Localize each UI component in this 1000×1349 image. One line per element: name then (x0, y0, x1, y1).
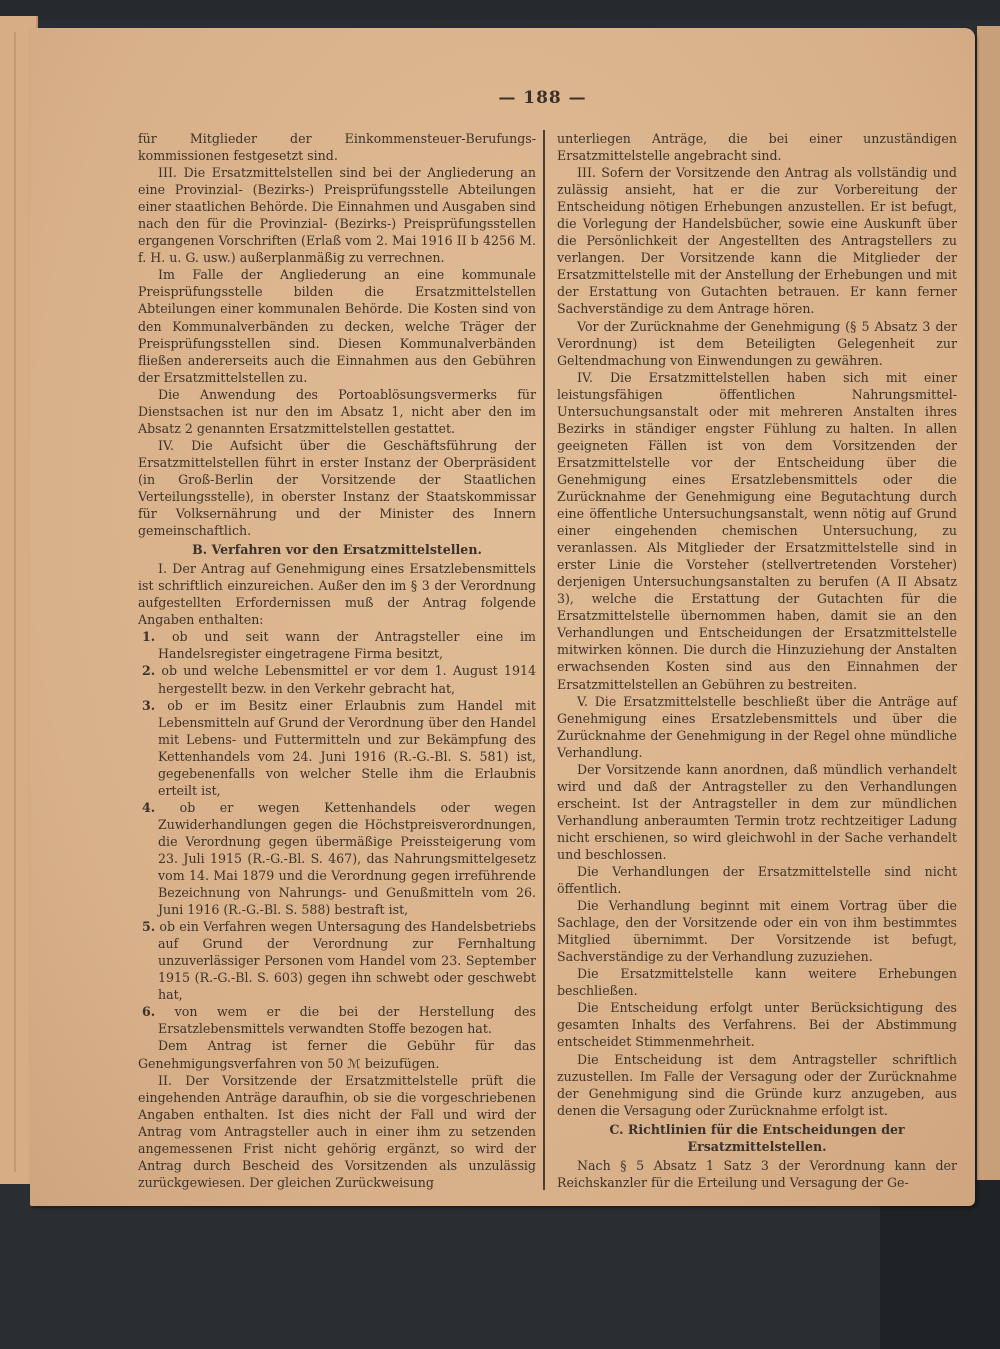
paragraph: Vor der Zurücknahme der Genehmigung (§ 5… (557, 318, 957, 369)
paragraph: IV. Die Ersatzmittelstellen haben sich m… (557, 369, 957, 693)
paragraph: Nach § 5 Absatz 1 Satz 3 der Verordnung … (557, 1157, 957, 1191)
list-number: 1. (142, 629, 155, 644)
heading-line-1: C. Richtlinien für die Entscheidungen de… (609, 1122, 904, 1137)
paragraph: V. Die Ersatzmittelstelle beschließt übe… (557, 693, 957, 761)
paragraph: Dem Antrag ist ferner die Gebühr für das… (138, 1037, 536, 1071)
list-number: 2. (142, 663, 155, 678)
list-text: ob ein Verfahren wegen Untersagung des H… (158, 919, 536, 1002)
list-number: 4. (142, 800, 155, 815)
list-item: 4. ob er wegen Kettenhandels oder wegen … (138, 799, 536, 918)
paragraph: III. Die Ersatzmittelstellen sind bei de… (138, 164, 536, 266)
paragraph: Die Entscheidung ist dem Antragsteller s… (557, 1051, 957, 1119)
paragraph: I. Der Antrag auf Genehmigung eines Ersa… (138, 560, 536, 628)
page-edge-line (14, 32, 16, 1172)
heading-line-2: Ersatzmittelstellen. (687, 1139, 826, 1154)
list-text: von wem er die bei der Herstellung des E… (158, 1004, 536, 1036)
paragraph: Die Anwendung des Portoablösungsvermerks… (138, 386, 536, 437)
paragraph: unterliegen Anträge, die bei einer unzus… (557, 130, 957, 164)
paragraph: Die Verhandlung beginnt mit einem Vortra… (557, 897, 957, 965)
list-text: ob er im Besitz einer Erlaubnis zum Hand… (158, 698, 536, 798)
paragraph: II. Der Vorsitzende der Ersatzmittelstel… (138, 1072, 536, 1191)
section-heading-c: C. Richtlinien für die Entscheidungen de… (557, 1121, 957, 1155)
list-text: ob er wegen Kettenhandels oder wegen Zuw… (158, 800, 536, 917)
section-heading-b: B. Verfahren vor den Ersatzmittelstellen… (138, 541, 536, 558)
paragraph: Die Entscheidung erfolgt unter Berücksic… (557, 999, 957, 1050)
following-pages-edge (977, 26, 1000, 1186)
list-text: ob und welche Lebensmittel er vor dem 1.… (158, 663, 536, 695)
list-item: 3. ob er im Besitz einer Erlaubnis zum H… (138, 697, 536, 799)
list-item: 6. von wem er die bei der Herstellung de… (138, 1003, 536, 1037)
list-item: 2. ob und welche Lebensmittel er vor dem… (138, 662, 536, 696)
paragraph: III. Sofern der Vorsitzende den Antrag a… (557, 164, 957, 317)
book-binding (0, 0, 1000, 20)
list-item: 1. ob und seit wann der Antragsteller ei… (138, 628, 536, 662)
column-divider (543, 130, 545, 1190)
paragraph: Die Verhandlungen der Ersatzmittelstelle… (557, 863, 957, 897)
left-column: für Mitglieder der Einkommensteuer-Beruf… (138, 130, 536, 1191)
list-number: 6. (142, 1004, 155, 1019)
paragraph: IV. Die Aufsicht über die Geschäftsführu… (138, 437, 536, 539)
right-column: unterliegen Anträge, die bei einer unzus… (557, 130, 957, 1191)
list-item: 5. ob ein Verfahren wegen Untersagung de… (138, 918, 536, 1003)
paragraph: Im Falle der Angliederung an eine kommun… (138, 266, 536, 385)
paragraph: für Mitglieder der Einkommensteuer-Beruf… (138, 130, 536, 164)
list-number: 3. (142, 698, 155, 713)
page-number: — 188 — (0, 88, 1000, 108)
list-number: 5. (142, 919, 155, 934)
list-text: ob und seit wann der Antragsteller eine … (158, 629, 536, 661)
paragraph: Der Vorsitzende kann anordnen, daß mündl… (557, 761, 957, 863)
paragraph: Die Ersatzmittelstelle kann weitere Erhe… (557, 965, 957, 999)
